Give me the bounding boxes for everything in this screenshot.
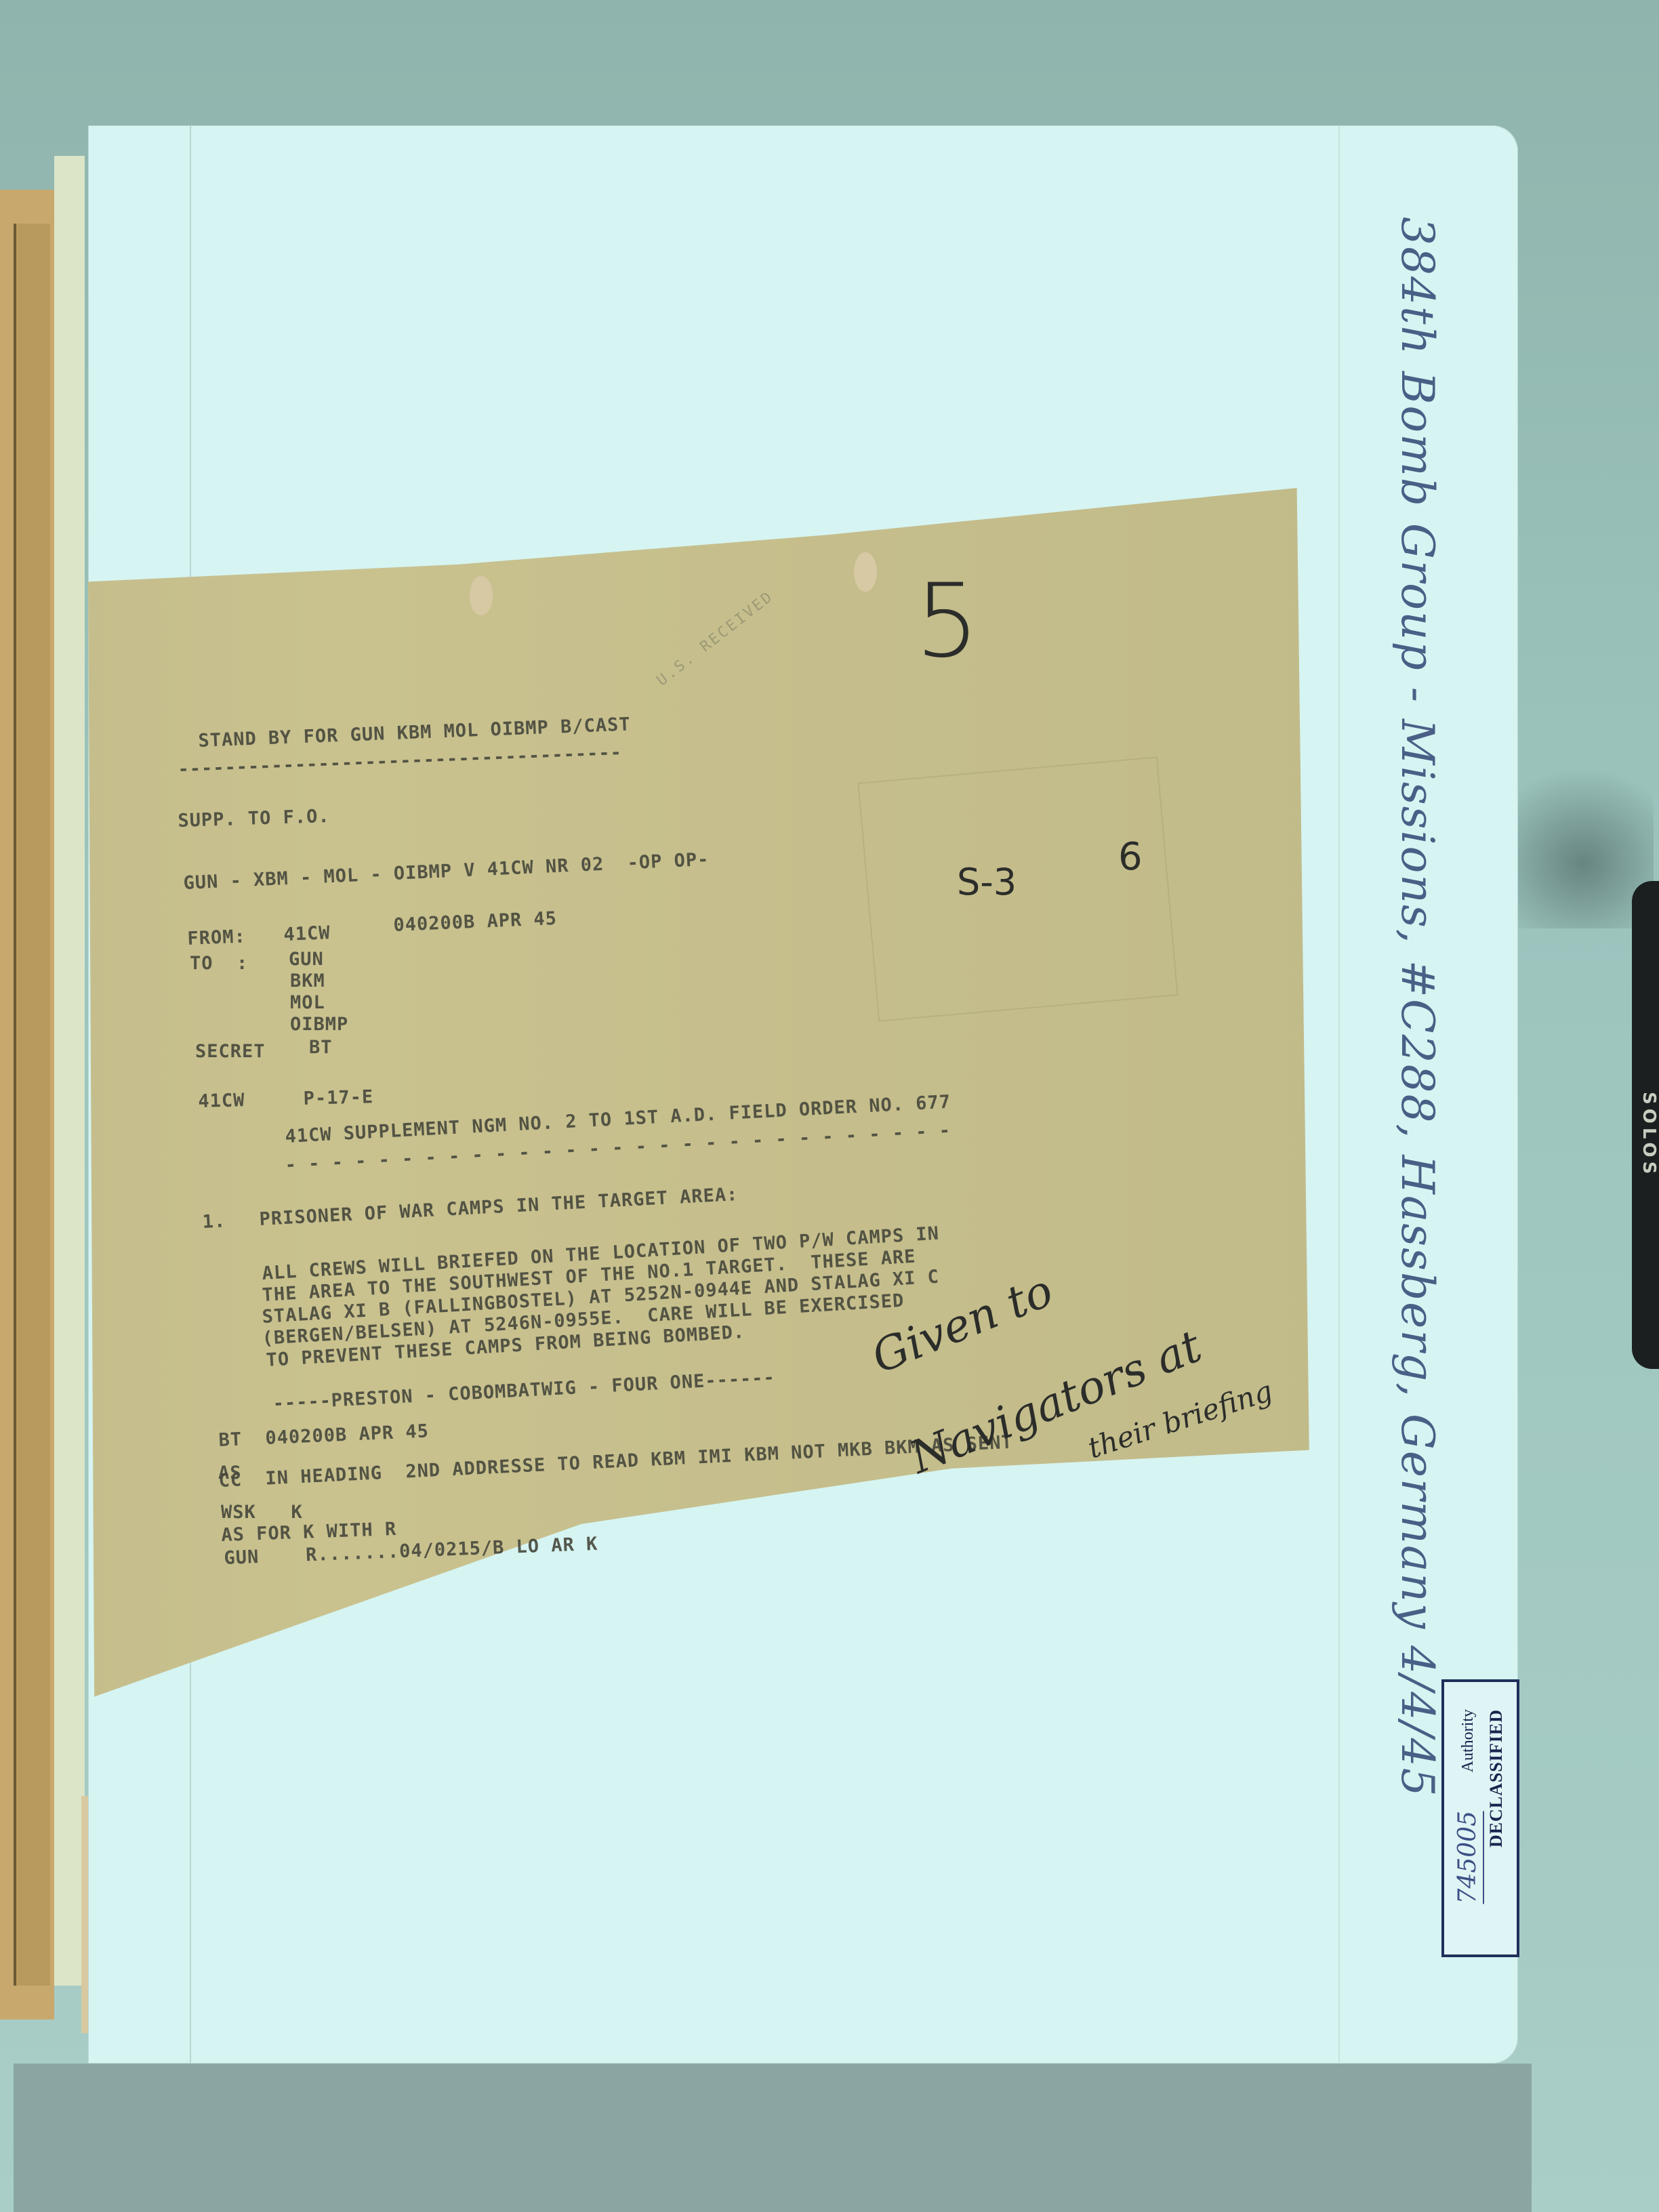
classification: SECRET <box>195 1042 266 1061</box>
margin-handwritten-note: 384th Bomb Group - Missions, #C288, Hass… <box>1362 217 1443 1491</box>
supp-line: SUPP. TO F.O. <box>178 807 330 830</box>
to-address: MOL <box>290 994 325 1012</box>
faint-stamp-box <box>857 756 1178 1021</box>
authority-number: 745005 <box>1454 1811 1484 1904</box>
punch-hole <box>470 576 493 615</box>
origin-line: 41CW P-17-E <box>198 1088 373 1111</box>
punch-hole <box>854 552 877 592</box>
handwritten-copy-number: 6 <box>1118 835 1143 879</box>
folder-crease <box>1338 125 1340 2064</box>
classification-code: BT <box>309 1038 333 1057</box>
handwritten-office-code: S-3 <box>957 861 1017 903</box>
to-address: BKM <box>290 972 325 990</box>
table-surface <box>14 2064 1532 2212</box>
from-value: 41CW <box>283 924 331 944</box>
to-address: OIBMP <box>290 1015 348 1033</box>
handwritten-page-number: 5 <box>915 562 979 680</box>
authority-label: Authority <box>1459 1709 1477 1772</box>
footer-line: WSK K <box>221 1503 303 1521</box>
paragraph-number: 1. <box>202 1212 226 1231</box>
declassified-stamp: DECLASSIFIED Authority 745005 <box>1441 1679 1519 1957</box>
device-brand-label: SOLOS <box>1640 1057 1659 1213</box>
to-label: TO : <box>190 954 248 972</box>
stack-sheet <box>14 224 50 1986</box>
from-label: FROM: <box>187 927 246 948</box>
to-address: GUN <box>289 950 324 968</box>
stack-sheet <box>54 156 85 1986</box>
declassified-title: DECLASSIFIED <box>1486 1709 1507 1847</box>
